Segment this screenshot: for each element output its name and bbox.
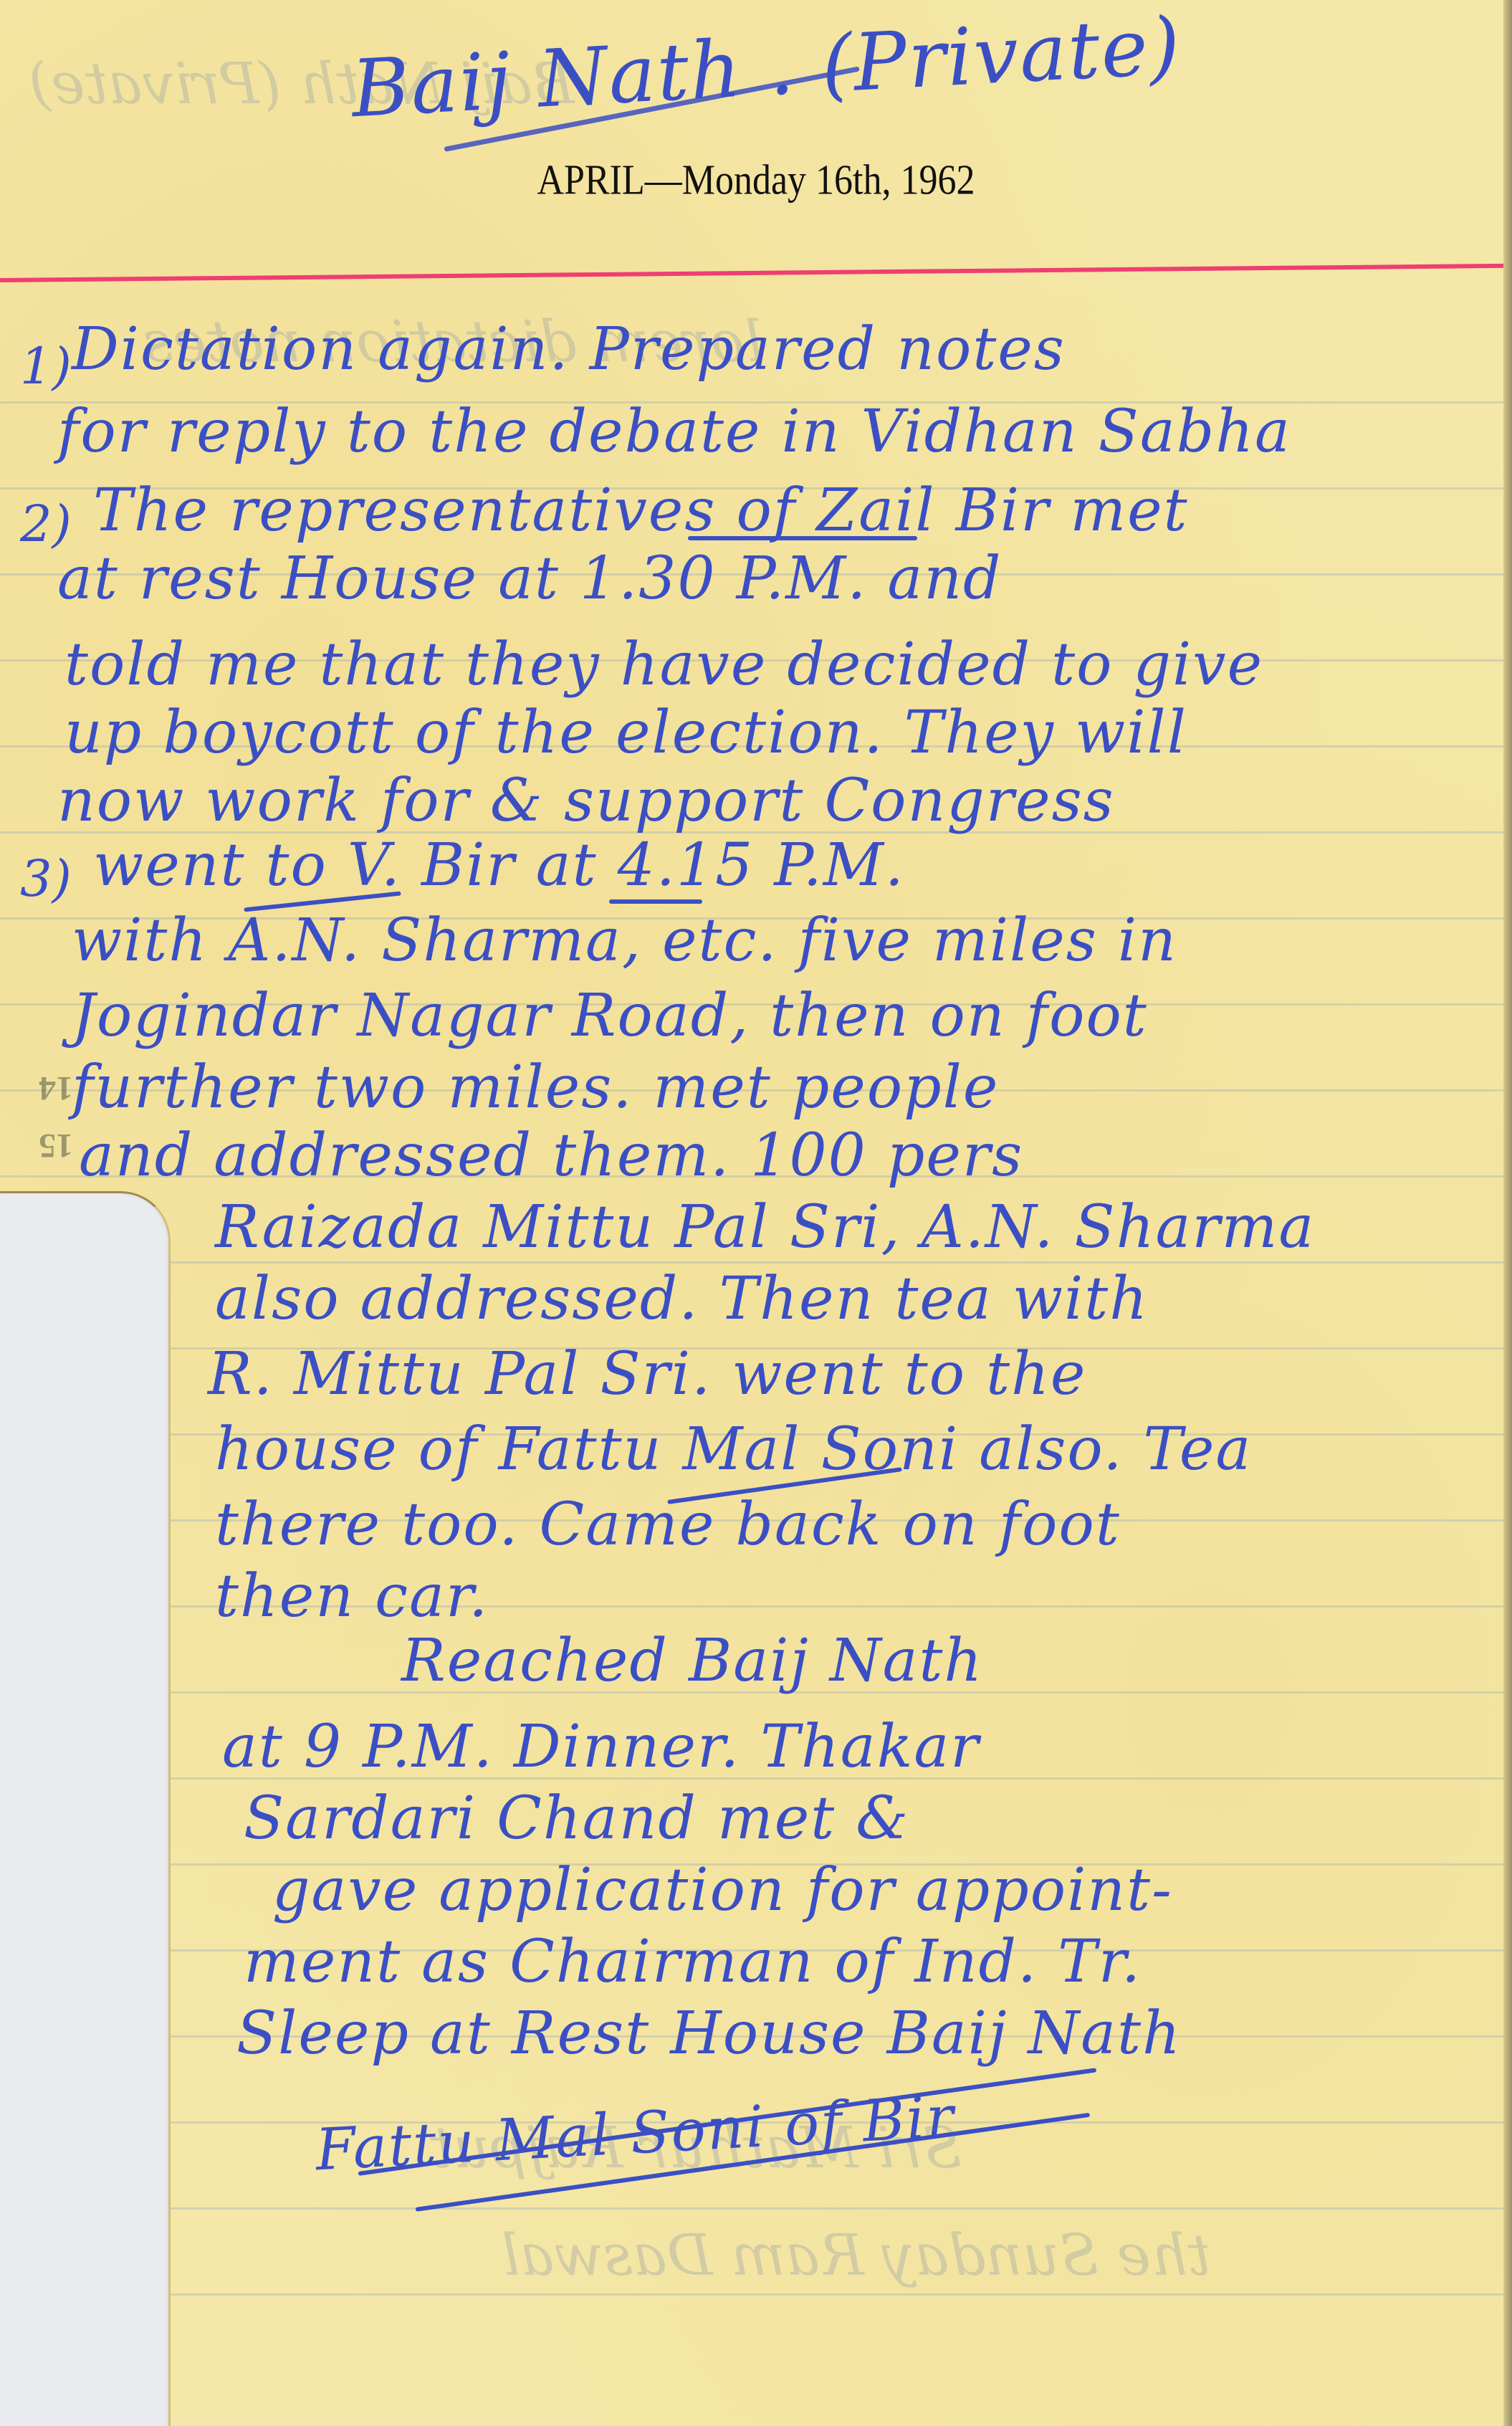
red-margin-line bbox=[0, 264, 1512, 282]
entry-line: now work for & support Congress bbox=[57, 767, 1115, 835]
entry-line: at rest House at 1.30 P.M. and bbox=[57, 545, 1003, 613]
bleed-through-text: the Sunday Ram Daswal bbox=[502, 2222, 1211, 2288]
entry-line: ment as Chairman of Ind. Tr. bbox=[244, 1928, 1142, 1996]
entry-line: Jogindar Nagar Road, then on foot bbox=[72, 982, 1148, 1050]
underline-v-bir bbox=[609, 899, 702, 904]
entry-number: 3) bbox=[20, 849, 72, 908]
entry-line: Raizada Mittu Pal Sri, A.N. Sharma bbox=[215, 1193, 1315, 1261]
entry-line: Dictation again. Prepared notes bbox=[72, 315, 1066, 383]
entry-line: told me that they have decided to give bbox=[64, 631, 1263, 699]
entry-line: for reply to the debate in Vidhan Sabha bbox=[57, 398, 1291, 466]
entry-line: up boycott of the election. They will bbox=[64, 699, 1187, 767]
entry-line: Reached Baij Nath bbox=[401, 1627, 983, 1695]
entry-line: The representatives of Zail Bir met bbox=[93, 477, 1189, 545]
handwritten-title: Baij Nath . (Private) bbox=[349, 0, 1183, 135]
entry-line: gave application for appoint- bbox=[272, 1856, 1173, 1924]
entry-line: at 9 P.M. Dinner. Thakar bbox=[222, 1713, 980, 1781]
entry-line: Sardari Chand met & bbox=[244, 1785, 909, 1853]
diary-page: Baij Nath (Private) lorem dictation note… bbox=[0, 0, 1512, 2426]
entry-line: further two miles. met people bbox=[72, 1054, 999, 1122]
entry-line: with A.N. Sharma, etc. five miles in bbox=[72, 907, 1177, 975]
underline-zail-bir bbox=[688, 536, 917, 540]
entry-line: also addressed. Then tea with bbox=[215, 1265, 1149, 1333]
printed-date-header: APRIL—Monday 16th, 1962 bbox=[0, 159, 1512, 201]
page-edge bbox=[1503, 0, 1512, 2426]
entry-line: then car. bbox=[215, 1562, 489, 1630]
entry-line: and addressed them. 100 pers bbox=[79, 1122, 1023, 1190]
entry-line: went to V. Bir at 4.15 P.M. bbox=[93, 831, 905, 899]
entry-number: 1) bbox=[20, 337, 72, 396]
entry-line: R. Mittu Pal Sri. went to the bbox=[208, 1340, 1086, 1408]
page-cutout-tab bbox=[0, 1191, 171, 2426]
entry-line: Sleep at Rest House Baij Nath bbox=[236, 2000, 1182, 2068]
entry-line: house of Fattu Mal Soni also. Tea bbox=[215, 1415, 1252, 1484]
